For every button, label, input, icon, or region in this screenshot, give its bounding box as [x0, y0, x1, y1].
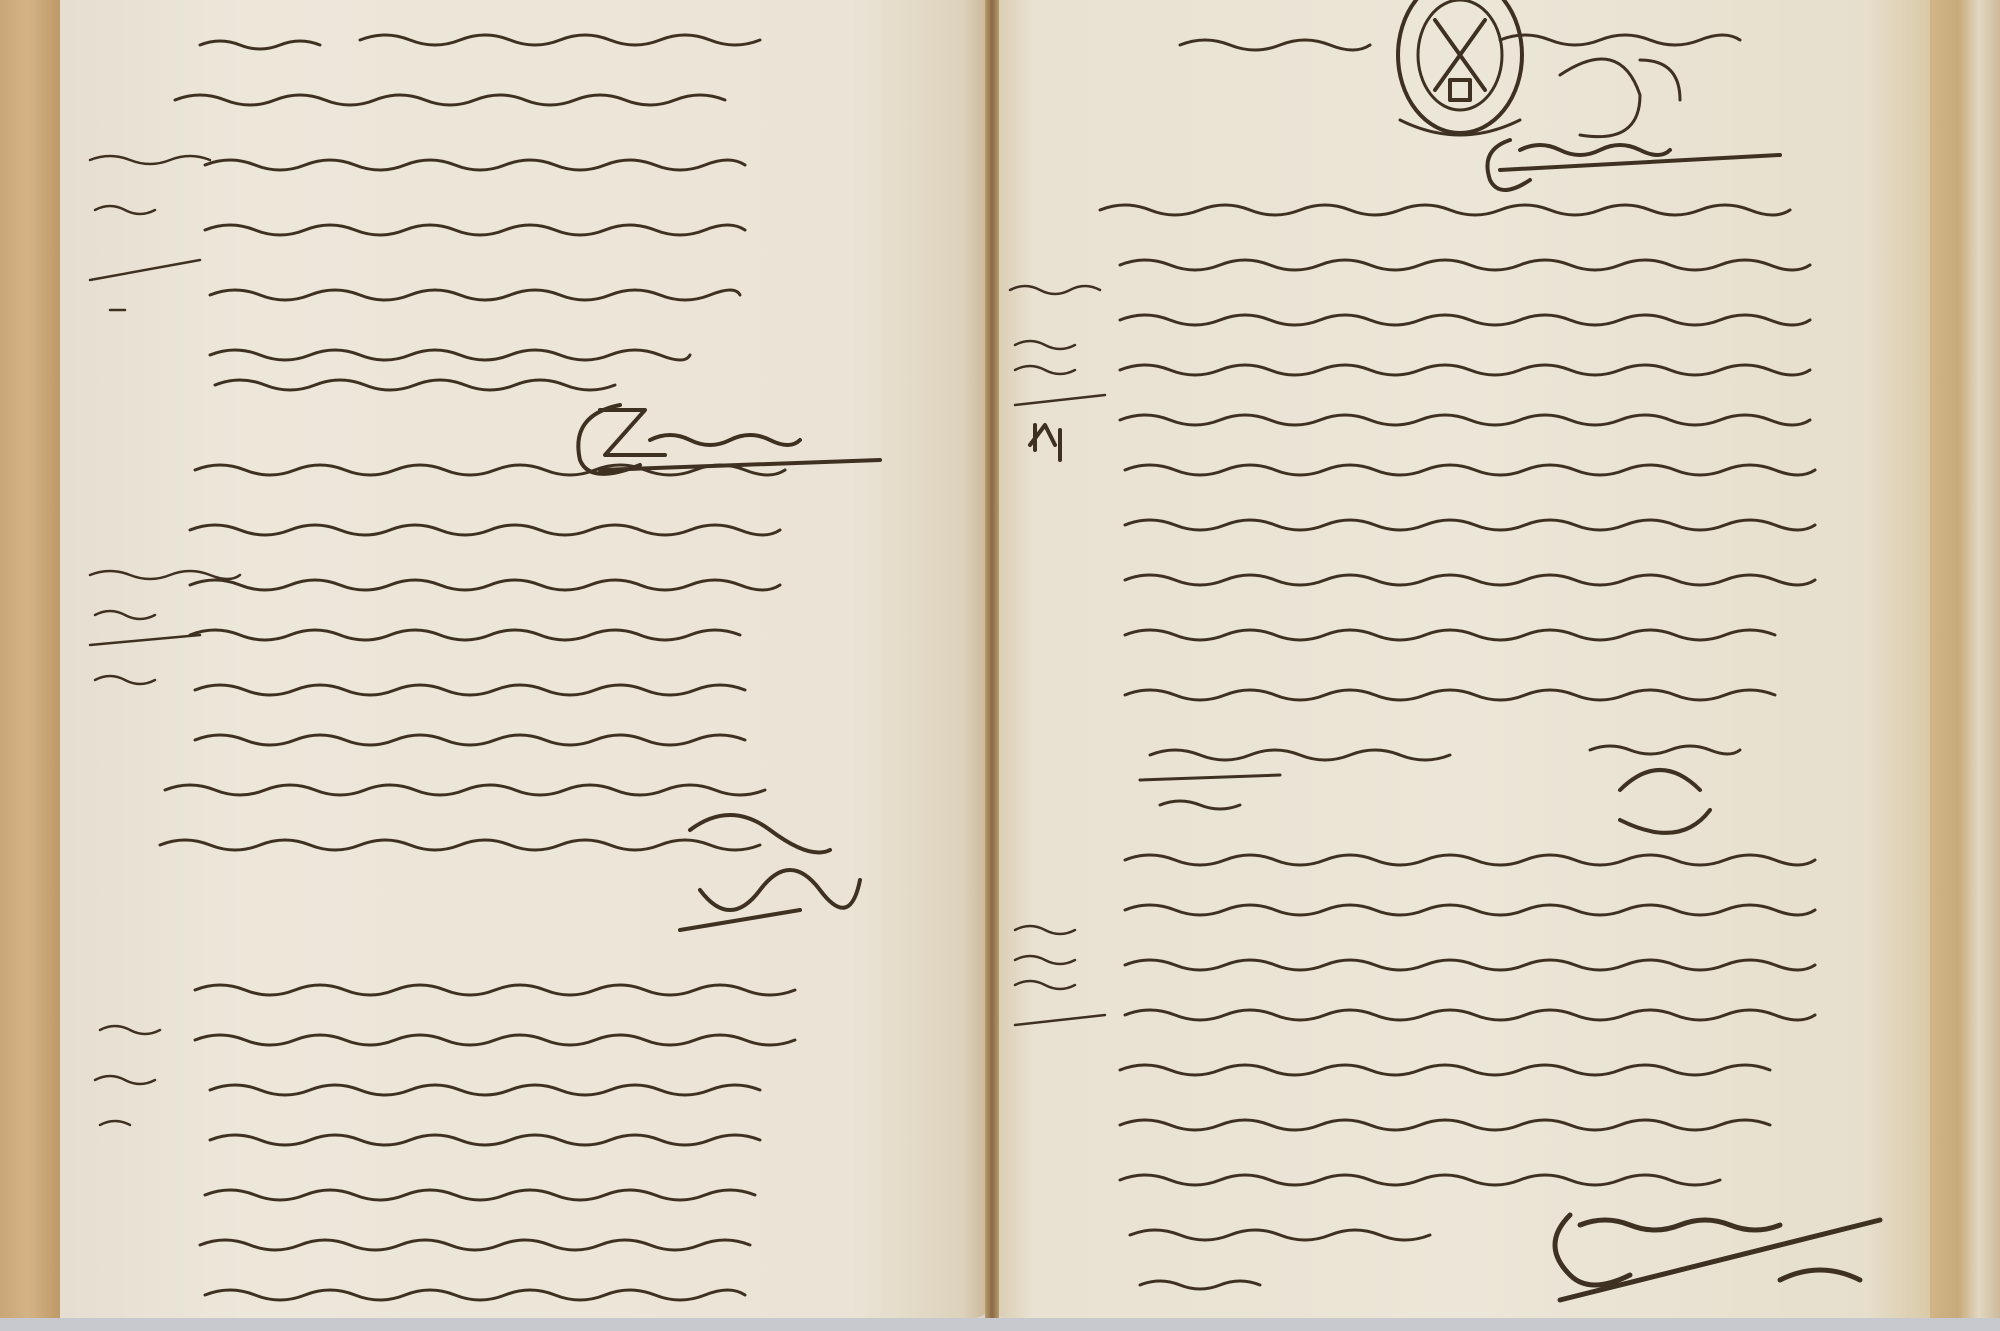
- left-page-text: [90, 35, 880, 1300]
- ink-seal-stamp: [1398, 0, 1522, 135]
- right-page-text: [1010, 0, 1880, 1300]
- handwriting-layer: [0, 0, 2000, 1331]
